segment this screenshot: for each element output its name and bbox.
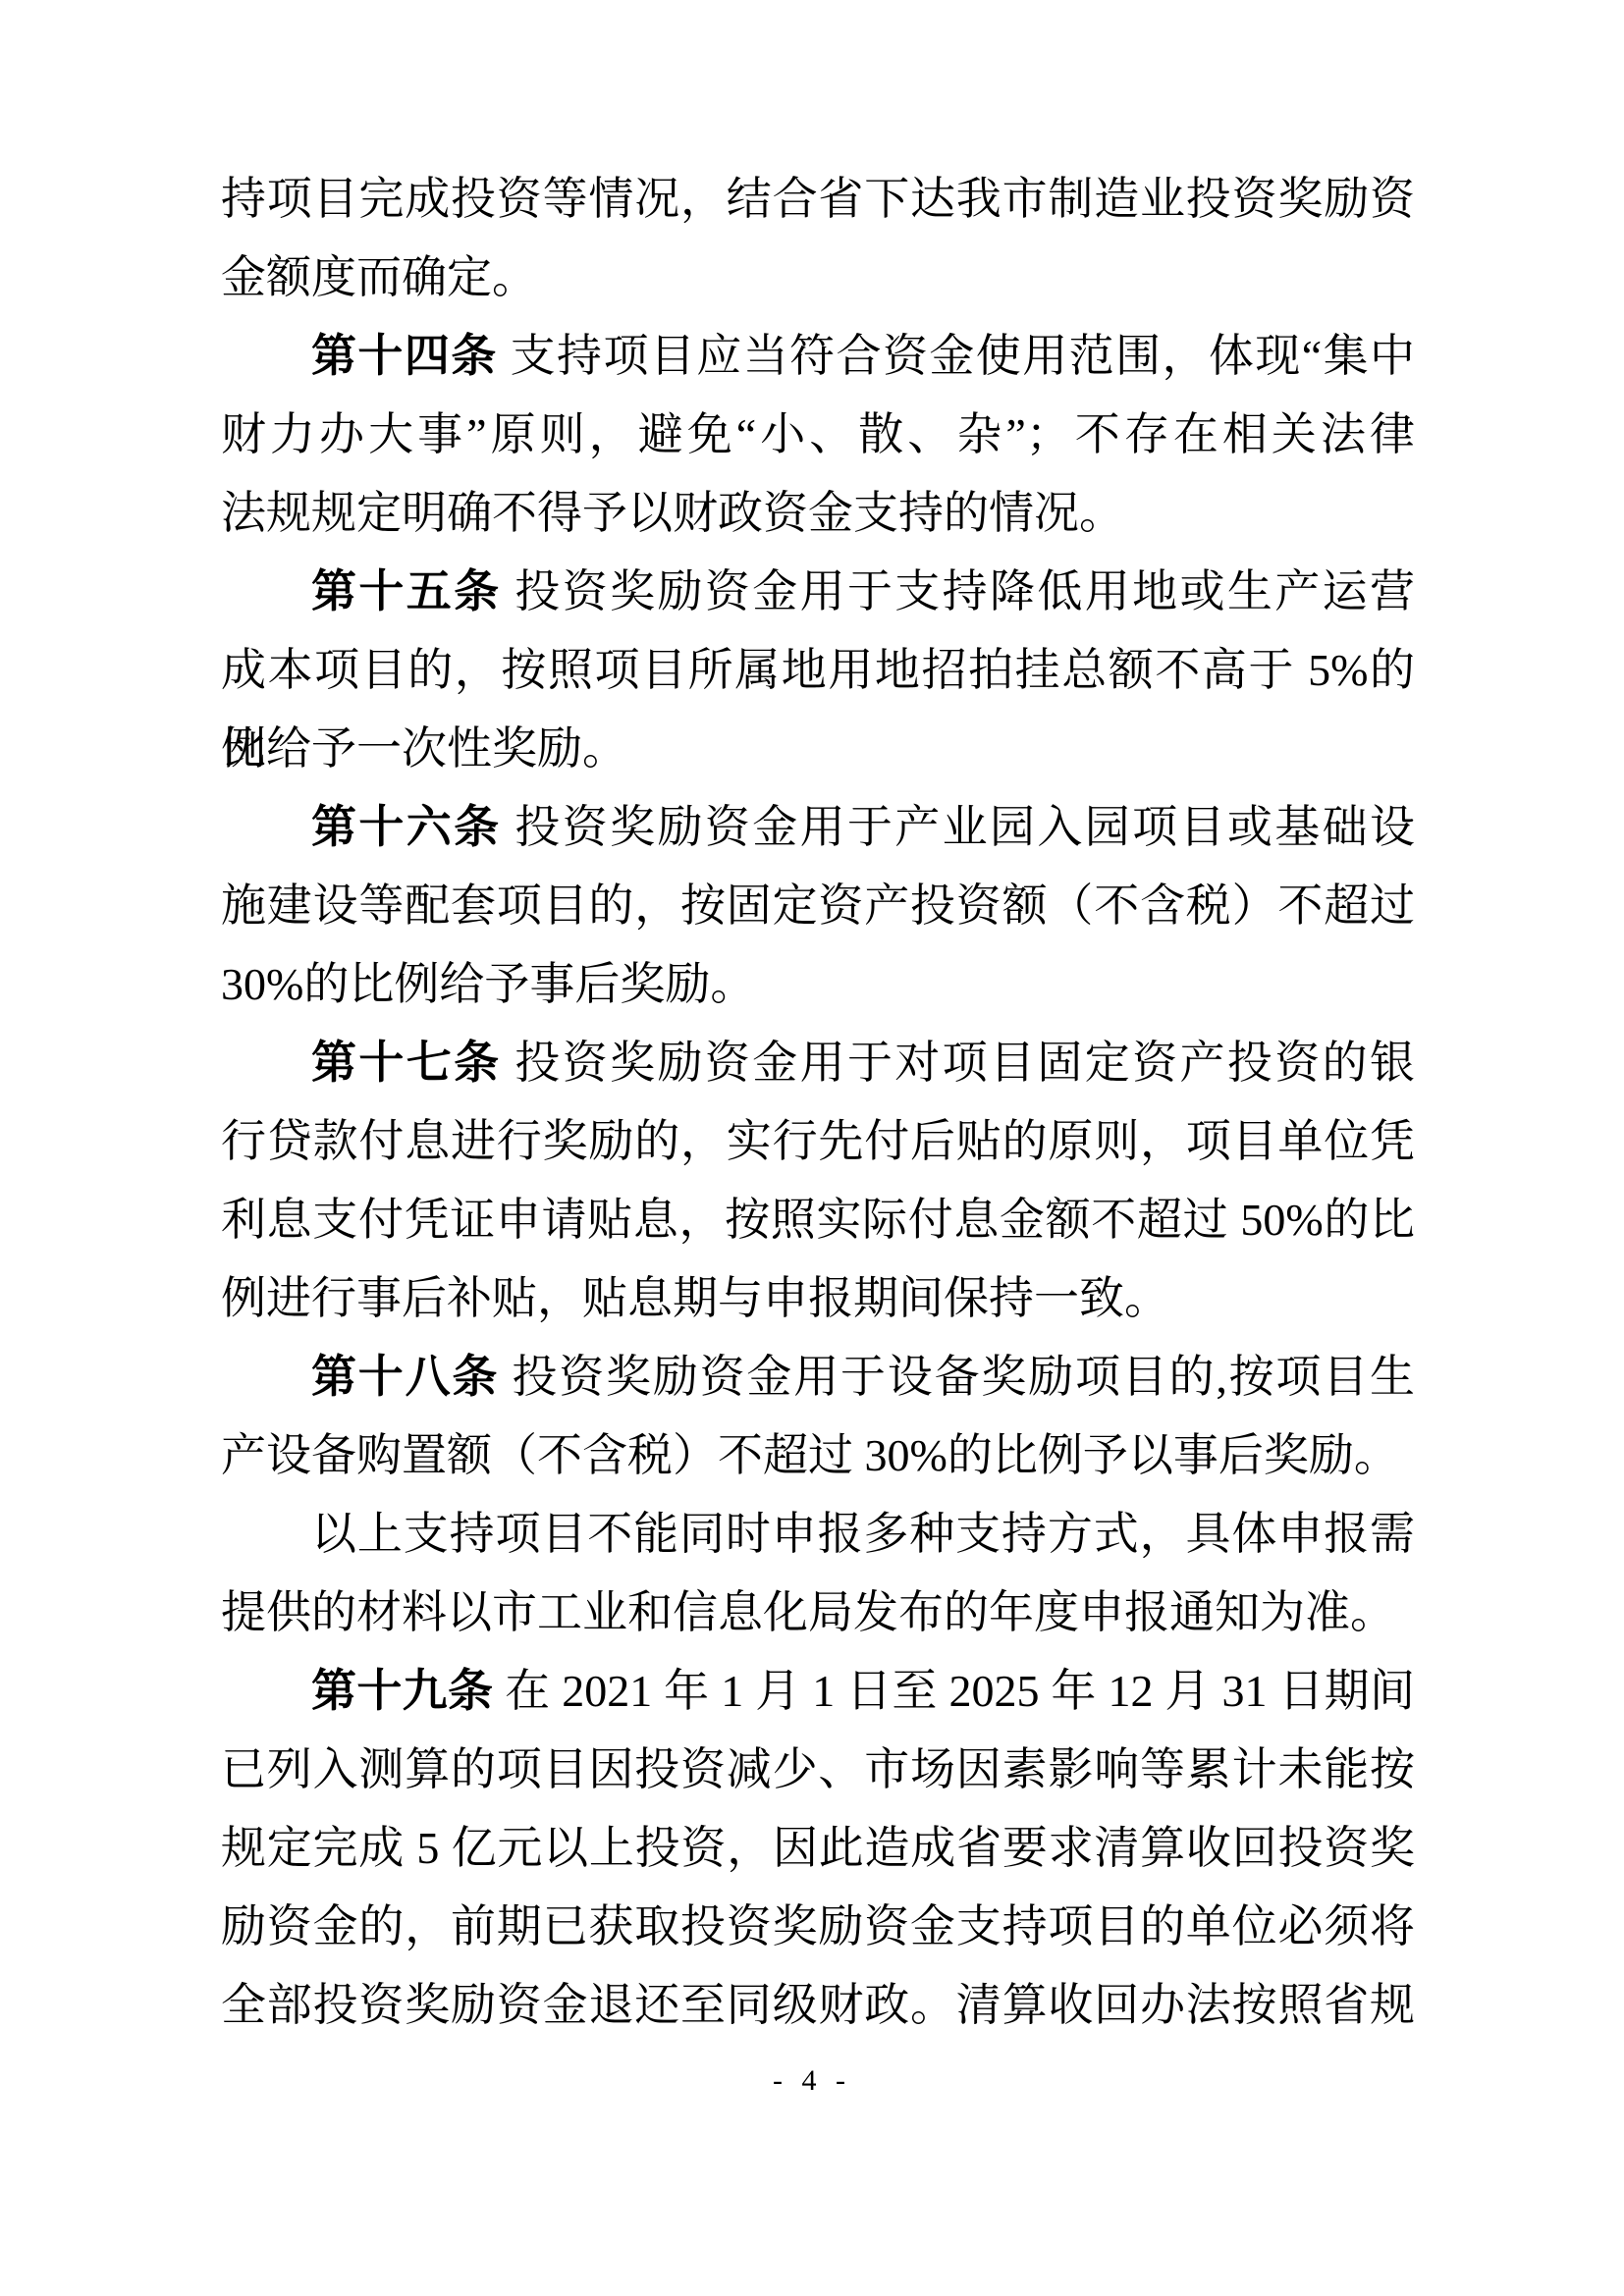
text-line: 施建设等配套项目的，按固定资产投资额（不含税）不超过 xyxy=(221,867,1415,945)
text-line: 金额度而确定。 xyxy=(221,239,1415,317)
text-line: 第十四条 支持项目应当符合资金使用范围，体现“集中 xyxy=(221,317,1415,396)
article-number: 第十六条 xyxy=(311,802,501,852)
text-line: 已列入测算的项目因投资减少、市场因素影响等累计未能按 xyxy=(221,1731,1415,1809)
document-body: 持项目完成投资等情况，结合省下达我市制造业投资奖励资金额度而确定。第十四条 支持… xyxy=(221,160,1415,2045)
text-line: 持项目完成投资等情况，结合省下达我市制造业投资奖励资 xyxy=(221,160,1415,239)
text-line: 励资金的，前期已获取投资奖励资金支持项目的单位必须将 xyxy=(221,1888,1415,1966)
text-line: 财力办大事”原则，避免“小、散、杂”；不存在相关法律 xyxy=(221,396,1415,474)
text-line: 以上支持项目不能同时申报多种支持方式，具体申报需 xyxy=(221,1495,1415,1574)
text-line: 例给予一次性奖励。 xyxy=(221,710,1415,788)
text-line: 例进行事后补贴，贴息期与申报期间保持一致。 xyxy=(221,1259,1415,1338)
text-line: 第十七条 投资奖励资金用于对项目固定资产投资的银 xyxy=(221,1024,1415,1102)
text-line: 行贷款付息进行奖励的，实行先付后贴的原则，项目单位凭 xyxy=(221,1102,1415,1181)
article-number: 第十七条 xyxy=(311,1038,501,1088)
text-line: 第十五条 投资奖励资金用于支持降低用地或生产运营 xyxy=(221,553,1415,631)
text-line: 规定完成 5 亿元以上投资，因此造成省要求清算收回投资奖 xyxy=(221,1809,1415,1888)
document-page: 持项目完成投资等情况，结合省下达我市制造业投资奖励资金额度而确定。第十四条 支持… xyxy=(0,0,1624,2296)
article-number: 第十九条 xyxy=(311,1666,493,1716)
article-number: 第十五条 xyxy=(311,566,501,616)
text-line: 全部投资奖励资金退还至同级财政。清算收回办法按照省规 xyxy=(221,1966,1415,2045)
text-line: 第十八条 投资奖励资金用于设备奖励项目的,按项目生 xyxy=(221,1338,1415,1416)
text-line: 利息支付凭证申请贴息，按照实际付息金额不超过 50%的比 xyxy=(221,1181,1415,1259)
page-number: - 4 - xyxy=(0,2057,1624,2105)
text-line: 第十六条 投资奖励资金用于产业园入园项目或基础设 xyxy=(221,788,1415,867)
article-number: 第十四条 xyxy=(311,331,498,381)
text-line: 30%的比例给予事后奖励。 xyxy=(221,945,1415,1024)
article-number: 第十八条 xyxy=(311,1352,499,1402)
text-line: 产设备购置额（不含税）不超过 30%的比例予以事后奖励。 xyxy=(221,1416,1415,1495)
text-line: 成本项目的，按照项目所属地用地招拍挂总额不高于 5%的比 xyxy=(221,631,1415,710)
text-line: 提供的材料以市工业和信息化局发布的年度申报通知为准。 xyxy=(221,1574,1415,1652)
text-line: 法规规定明确不得予以财政资金支持的情况。 xyxy=(221,474,1415,553)
text-line: 第十九条 在 2021 年 1 月 1 日至 2025 年 12 月 31 日期… xyxy=(221,1652,1415,1731)
